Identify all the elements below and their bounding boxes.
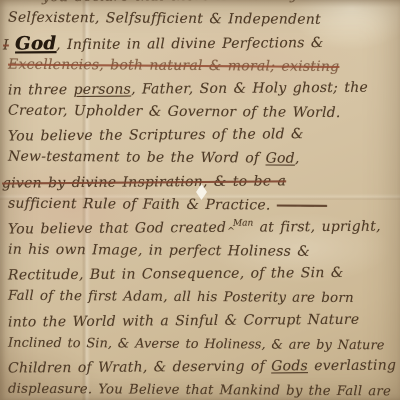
text-segment: Selfexistent, Selfsufficient & Independe… xyxy=(8,10,321,28)
text-segment: I xyxy=(3,38,9,54)
line-16: Inclined to Sin, & Averse to Holiness, &… xyxy=(0,331,400,357)
text-segment: , Father, Son & Holy ghost; the xyxy=(131,79,368,97)
text-segment: at first, upright, xyxy=(253,218,381,235)
line-02: Selfexistent, Selfsufficient & Independe… xyxy=(0,7,400,33)
text-segment: everlasting xyxy=(308,357,396,374)
line-17: Children of Wrath, & deserving of Gods e… xyxy=(0,354,400,380)
text-segment: —– —— xyxy=(277,197,327,213)
text-segment: Rectitude, But in Consequence, of the Si… xyxy=(8,265,344,284)
text-segment: Fall of the first Adam, all his Posterit… xyxy=(8,289,354,306)
text-segment: in his own Image, in perfect Holiness & xyxy=(8,242,310,260)
text-segment: , xyxy=(295,151,300,167)
text-segment: in three xyxy=(8,82,74,99)
line-05: in three persons, Father, Son & Holy gho… xyxy=(0,76,400,102)
text-segment: Children of Wrath, & deserving of xyxy=(8,358,271,376)
line-18: displeasure. You Believe that Mankind by… xyxy=(0,378,400,400)
text-segment: displeasure. You Believe that Mankind by… xyxy=(8,382,391,400)
line-07: You believe the Scriptures of the old & xyxy=(0,123,400,149)
text-segment: God xyxy=(15,34,56,55)
manuscript-lines: you declare that there is one onlySelfex… xyxy=(0,0,400,400)
line-09: given by divine Inspiration, & to be a xyxy=(0,169,400,195)
text-segment: sufficient Rule of Faith & Practice. xyxy=(8,195,277,213)
text-segment: God xyxy=(266,151,295,167)
text-segment: you declare that there is one only xyxy=(42,0,298,5)
line-06: Creator, Upholder & Governor of the Worl… xyxy=(0,100,400,126)
text-segment: Man xyxy=(233,218,253,228)
text-segment: Inclined to Sin, & Averse to Holiness, &… xyxy=(8,335,385,353)
line-15: into the World with a Sinful & Corrupt N… xyxy=(0,308,400,334)
text-segment: persons xyxy=(73,81,131,97)
text-segment: You believe the Scriptures of the old & xyxy=(8,126,304,144)
text-segment: given by divine Inspiration, & to be a xyxy=(2,173,286,191)
line-10: sufficient Rule of Faith & Practice. —– … xyxy=(0,192,400,218)
line-12: in his own Image, in perfect Holiness & xyxy=(0,239,400,265)
line-04: Excellencies, both natural & moral; exis… xyxy=(0,53,400,79)
text-segment: , Infinite in all divine Perfections & xyxy=(56,35,324,53)
text-segment: You believe that God created xyxy=(8,220,226,238)
text-segment: Creator, Upholder & Governor of the Worl… xyxy=(8,103,341,121)
line-03: I God, Infinite in all divine Perfection… xyxy=(0,30,400,56)
line-14: Fall of the first Adam, all his Posterit… xyxy=(0,285,400,311)
line-08: New-testament to be the Word of God, xyxy=(0,146,400,172)
line-11: You believe that God created^Man at firs… xyxy=(0,215,400,241)
text-segment: New-testament to be the Word of xyxy=(8,149,266,167)
text-segment: into the World with a Sinful & Corrupt N… xyxy=(8,311,359,330)
text-segment: Excellencies, both natural & moral; exis… xyxy=(8,56,339,74)
manuscript-page: you declare that there is one onlySelfex… xyxy=(0,0,400,400)
text-segment: Gods xyxy=(271,358,308,374)
